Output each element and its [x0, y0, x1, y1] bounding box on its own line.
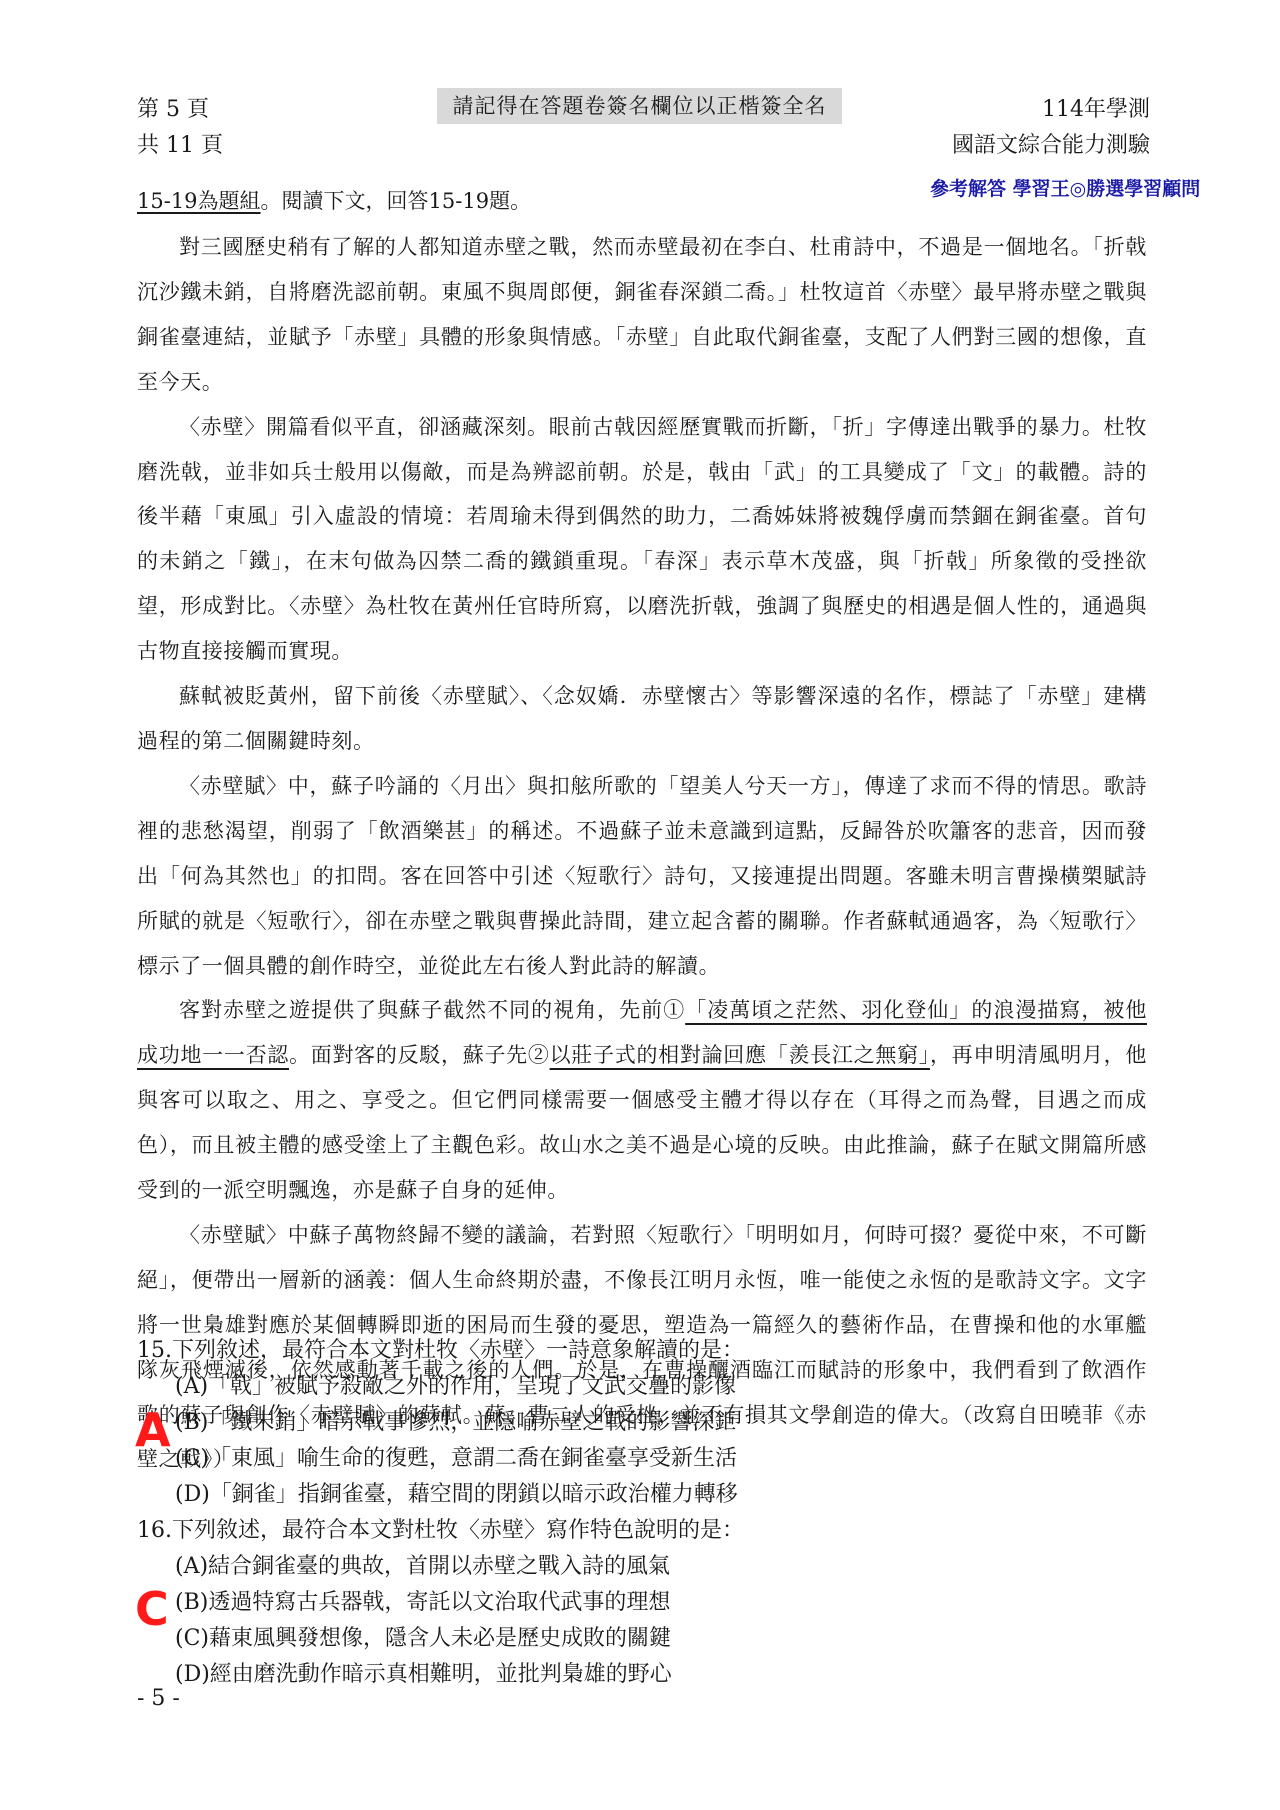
exam-year: 114年學測: [952, 92, 1150, 128]
option-b: (B)透過特寫古兵器戟，寄託以文治取代武事的理想: [175, 1585, 744, 1621]
question-group-intro: 15-19為題組。閱讀下文，回答15-19題。: [137, 186, 531, 216]
option-b: (B)「鐵未銷」暗示戰事慘烈，並隱喻赤壁之戰的影響深鉅: [175, 1405, 744, 1441]
reading-passage: 對三國歷史稍有了解的人都知道赤壁之戰，然而赤壁最初在李白、杜甫詩中，不過是一個地…: [137, 225, 1147, 1482]
question-text: 下列敘述，最符合本文對杜牧〈赤壁〉寫作特色說明的是：: [172, 1518, 744, 1543]
question-options: (A)「戟」被賦予殺敵之外的作用，呈現了文武交疊的影像 (B)「鐵未銷」暗示戰事…: [137, 1369, 744, 1513]
passage-text: 。面對客的反駁，蘇子先②: [289, 1043, 550, 1067]
question-15: 15.下列敘述，最符合本文對杜牧〈赤壁〉一詩意象解讀的是： (A)「戟」被賦予殺…: [137, 1333, 744, 1513]
question-group-label: 15-19為題組: [137, 189, 261, 213]
question-options: (A)結合銅雀臺的典故，首開以赤壁之戰入詩的風氣 (B)透過特寫古兵器戟，寄託以…: [137, 1549, 744, 1693]
underlined-phrase-2: 以莊子式的相對論回應「羨長江之無窮」: [550, 1043, 930, 1067]
page-indicator: 第 5 頁 共 11 頁: [137, 92, 223, 164]
option-a: (A)結合銅雀臺的典故，首開以赤壁之戰入詩的風氣: [175, 1549, 744, 1585]
question-number: 16.: [137, 1518, 172, 1543]
passage-paragraph: 對三國歷史稍有了解的人都知道赤壁之戰，然而赤壁最初在李白、杜甫詩中，不過是一個地…: [137, 225, 1147, 405]
exam-page: 第 5 頁 共 11 頁 請記得在答題卷簽名欄位以正楷簽全名 114年學測 國語…: [0, 0, 1280, 1810]
page-footer-number: - 5 -: [137, 1686, 180, 1711]
total-pages-label: 共 11 頁: [137, 128, 223, 164]
option-c: (C)藉東風興發想像，隱含人未必是歷史成敗的關鍵: [175, 1621, 744, 1657]
option-a: (A)「戟」被賦予殺敵之外的作用，呈現了文武交疊的影像: [175, 1369, 744, 1405]
option-d: (D)經由磨洗動作暗示真相難明，並批判梟雄的野心: [175, 1657, 744, 1693]
question-group-instruction: 。閱讀下文，回答15-19題。: [261, 189, 532, 213]
question-stem: 16.下列敘述，最符合本文對杜牧〈赤壁〉寫作特色說明的是：: [137, 1513, 744, 1549]
exam-title-block: 114年學測 國語文綜合能力測驗: [952, 92, 1150, 164]
signature-notice: 請記得在答題卷簽名欄位以正楷簽全名: [437, 88, 842, 124]
option-c: (C)「東風」喻生命的復甦，意謂二喬在銅雀臺享受新生活: [175, 1441, 744, 1477]
passage-text: 客對赤壁之遊提供了與蘇子截然不同的視角，先前①: [179, 998, 685, 1022]
current-page-label: 第 5 頁: [137, 92, 223, 128]
passage-paragraph: 蘇軾被貶黃州，留下前後〈赤壁賦〉、〈念奴嬌．赤壁懷古〉等影響深遠的名作，標誌了「…: [137, 674, 1147, 764]
question-stem: 15.下列敘述，最符合本文對杜牧〈赤壁〉一詩意象解讀的是：: [137, 1333, 744, 1369]
passage-paragraph: 客對赤壁之遊提供了與蘇子截然不同的視角，先前①「凌萬頃之茫然、羽化登仙」的浪漫描…: [137, 988, 1147, 1213]
answer-key-watermark: 參考解答 學習王◎勝選學習顧問: [930, 174, 1200, 201]
exam-subject: 國語文綜合能力測驗: [952, 128, 1150, 164]
passage-paragraph: 〈赤壁〉開篇看似平直，卻涵藏深刻。眼前古戟因經歷實戰而折斷，「折」字傳達出戰爭的…: [137, 405, 1147, 674]
option-d: (D)「銅雀」指銅雀臺，藉空間的閉鎖以暗示政治權力轉移: [175, 1477, 744, 1513]
question-text: 下列敘述，最符合本文對杜牧〈赤壁〉一詩意象解讀的是：: [172, 1338, 744, 1363]
question-16: 16.下列敘述，最符合本文對杜牧〈赤壁〉寫作特色說明的是： (A)結合銅雀臺的典…: [137, 1513, 744, 1693]
question-number: 15.: [137, 1338, 172, 1363]
passage-paragraph: 〈赤壁賦〉中，蘇子吟誦的〈月出〉與扣舷所歌的「望美人兮天一方」，傳達了求而不得的…: [137, 764, 1147, 989]
